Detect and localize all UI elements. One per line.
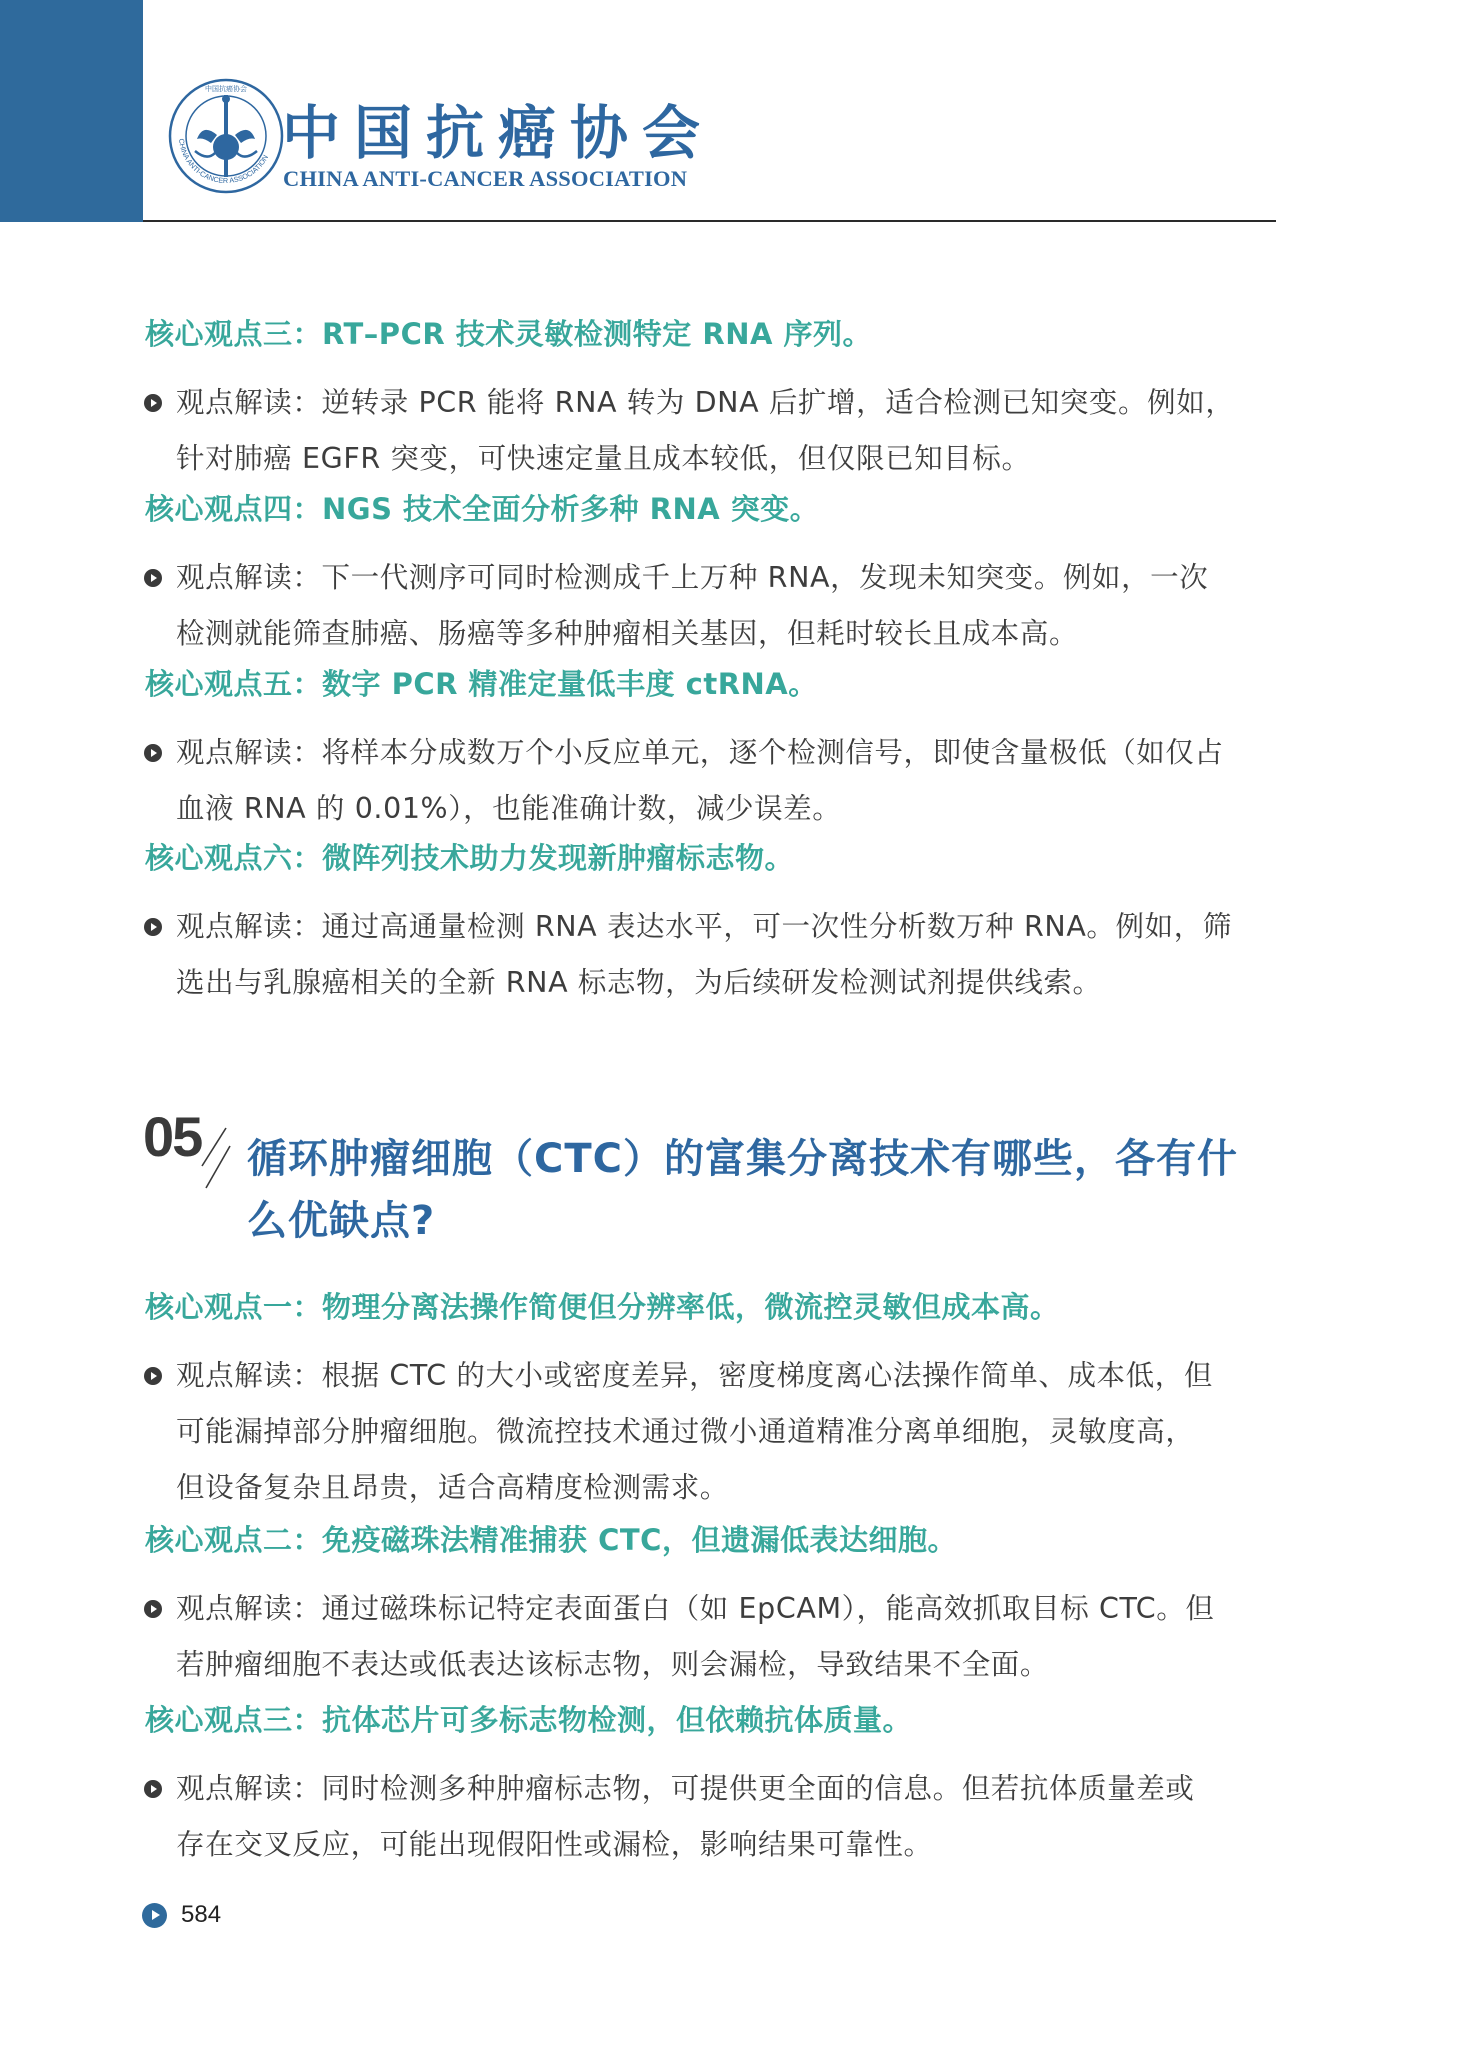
key-point-block: 核心观点二：免疫磁珠法精准捕获 CTC，但遗漏低表达细胞。 观点解读：通过磁珠标… <box>145 1520 1295 1693</box>
association-emblem-icon: 中国抗癌协会 CHINA ANTI-CANCER ASSOCIATION <box>167 77 285 195</box>
play-bullet-icon <box>144 1600 162 1618</box>
section-number: 05 <box>143 1105 201 1169</box>
key-point-block: 核心观点六：微阵列技术助力发现新肿瘤标志物。 观点解读：通过高通量检测 RNA … <box>145 838 1295 1011</box>
section-title: 循环肿瘤细胞（CTC）的富集分离技术有哪些，各有什 么优缺点? <box>247 1128 1287 1252</box>
key-point-block: 核心观点三：RT–PCR 技术灵敏检测特定 RNA 序列。 观点解读：逆转录 P… <box>145 314 1295 487</box>
key-point-heading: 核心观点五：数字 PCR 精准定量低丰度 ctRNA。 <box>145 664 1295 704</box>
key-point-heading: 核心观点三：RT–PCR 技术灵敏检测特定 RNA 序列。 <box>145 314 1295 354</box>
key-point-block: 核心观点一：物理分离法操作简便但分辨率低，微流控灵敏但成本高。 观点解读：根据 … <box>145 1287 1295 1516</box>
double-slash-icon <box>196 1126 232 1190</box>
key-point-block: 核心观点四：NGS 技术全面分析多种 RNA 突变。 观点解读：下一代测序可同时… <box>145 489 1295 662</box>
key-point-explanation: 观点解读：同时检测多种肿瘤标志物，可提供更全面的信息。但若抗体质量差或 存在交叉… <box>145 1761 1295 1873</box>
key-point-heading: 核心观点一：物理分离法操作简便但分辨率低，微流控灵敏但成本高。 <box>145 1287 1295 1327</box>
key-point-explanation: 观点解读：将样本分成数万个小反应单元，逐个检测信号，即使含量极低（如仅占 血液 … <box>145 725 1295 837</box>
play-bullet-icon <box>144 918 162 936</box>
header-divider <box>143 220 1276 222</box>
play-bullet-icon <box>144 1367 162 1385</box>
play-bullet-icon <box>144 394 162 412</box>
key-point-heading: 核心观点三：抗体芯片可多标志物检测，但依赖抗体质量。 <box>145 1700 1295 1740</box>
key-point-block: 核心观点五：数字 PCR 精准定量低丰度 ctRNA。 观点解读：将样本分成数万… <box>145 664 1295 837</box>
key-point-explanation: 观点解读：下一代测序可同时检测成千上万种 RNA，发现未知突变。例如，一次 检测… <box>145 550 1295 662</box>
key-point-heading: 核心观点六：微阵列技术助力发现新肿瘤标志物。 <box>145 838 1295 878</box>
play-bullet-icon <box>144 744 162 762</box>
key-point-explanation: 观点解读：逆转录 PCR 能将 RNA 转为 DNA 后扩增，适合检测已知突变。… <box>145 375 1295 487</box>
play-bullet-icon <box>144 1780 162 1798</box>
svg-text:中国抗癌协会: 中国抗癌协会 <box>205 84 247 93</box>
header-color-bar <box>0 0 143 222</box>
key-point-heading: 核心观点四：NGS 技术全面分析多种 RNA 突变。 <box>145 489 1295 529</box>
play-bullet-icon <box>144 569 162 587</box>
page-number: 584 <box>142 1902 221 1928</box>
play-circle-icon <box>142 1903 167 1928</box>
key-point-heading: 核心观点二：免疫磁珠法精准捕获 CTC，但遗漏低表达细胞。 <box>145 1520 1295 1560</box>
logo-english-name: CHINA ANTI-CANCER ASSOCIATION <box>283 167 703 191</box>
key-point-block: 核心观点三：抗体芯片可多标志物检测，但依赖抗体质量。 观点解读：同时检测多种肿瘤… <box>145 1700 1295 1873</box>
key-point-explanation: 观点解读：通过高通量检测 RNA 表达水平，可一次性分析数万种 RNA。例如，筛… <box>145 899 1295 1011</box>
key-point-explanation: 观点解读：通过磁珠标记特定表面蛋白（如 EpCAM），能高效抓取目标 CTC。但… <box>145 1581 1295 1693</box>
key-point-explanation: 观点解读：根据 CTC 的大小或密度差异，密度梯度离心法操作简单、成本低，但 可… <box>145 1348 1295 1516</box>
logo-chinese-name: 中国抗癌协会 <box>282 98 702 168</box>
